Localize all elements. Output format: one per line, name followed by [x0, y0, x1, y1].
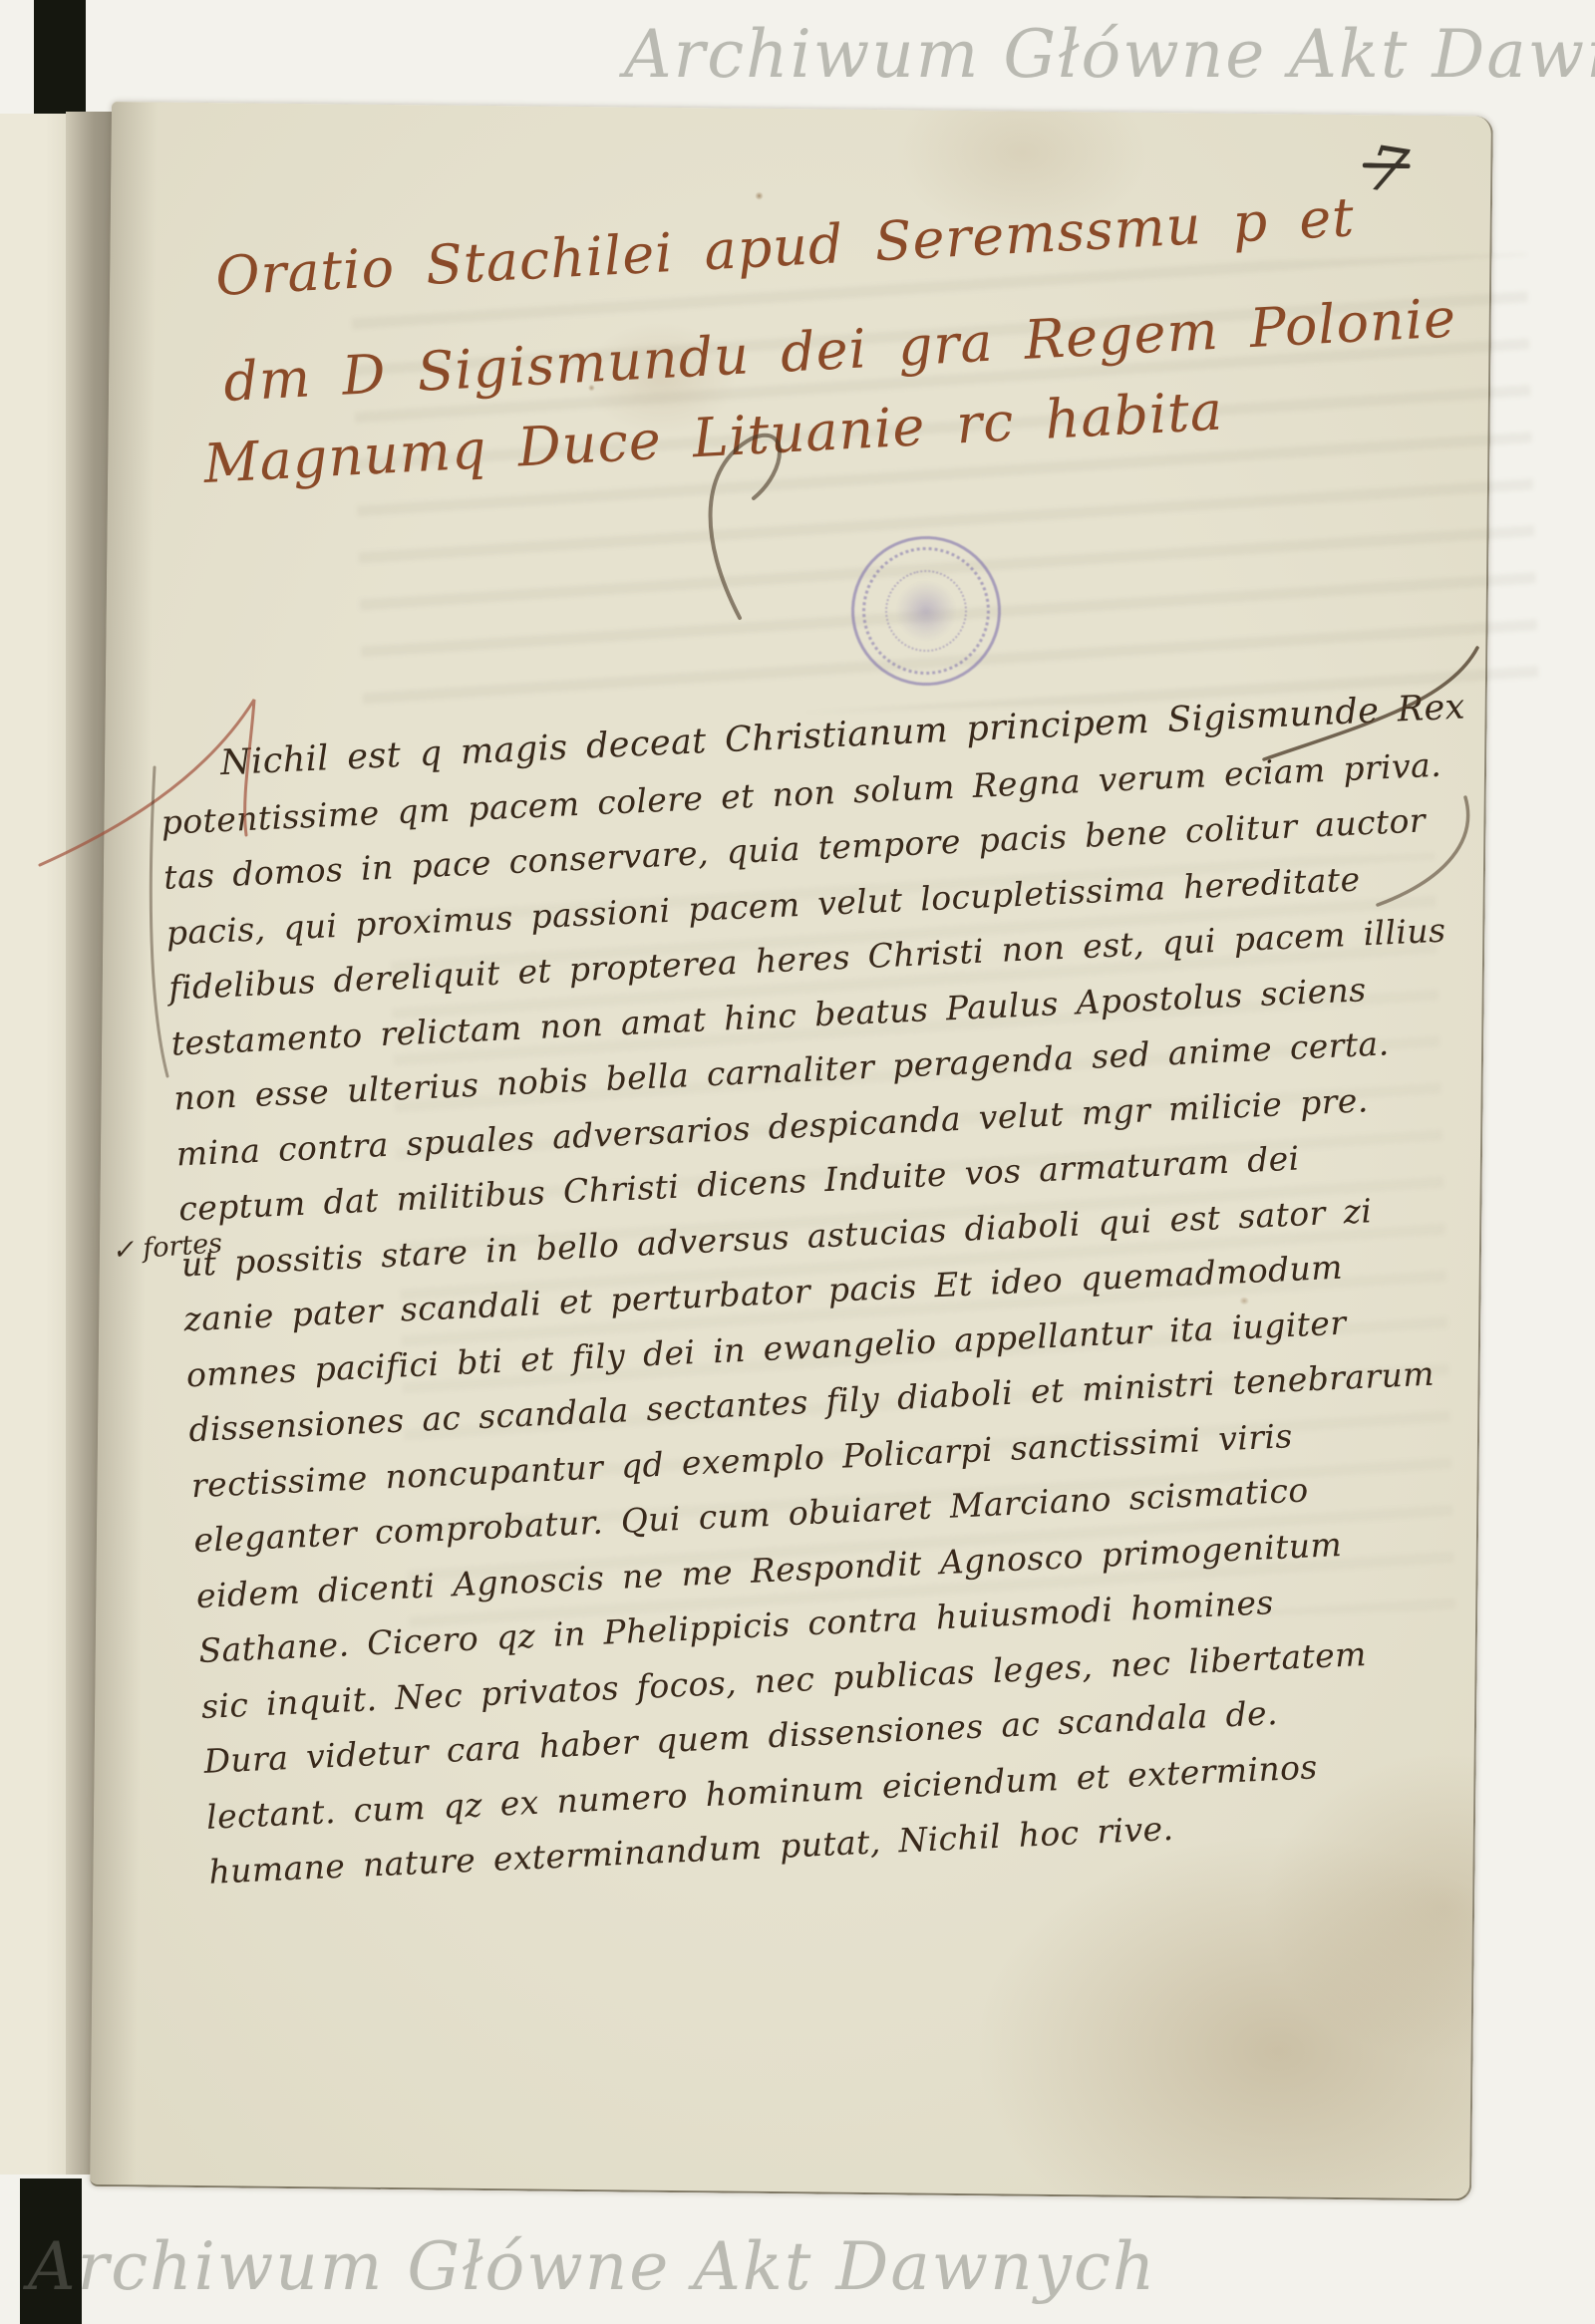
archive-watermark-top: Archiwum Główne Akt Dawnych	[624, 16, 1595, 93]
manuscript-scan: 7 Oratio Stachilei apud Seremssmu p et d…	[0, 0, 1595, 2324]
archive-watermark-bottom: Archiwum Główne Akt Dawnych	[28, 2228, 1156, 2305]
body-text: Nichil est q magis deceat Christianum pr…	[158, 687, 1376, 1899]
